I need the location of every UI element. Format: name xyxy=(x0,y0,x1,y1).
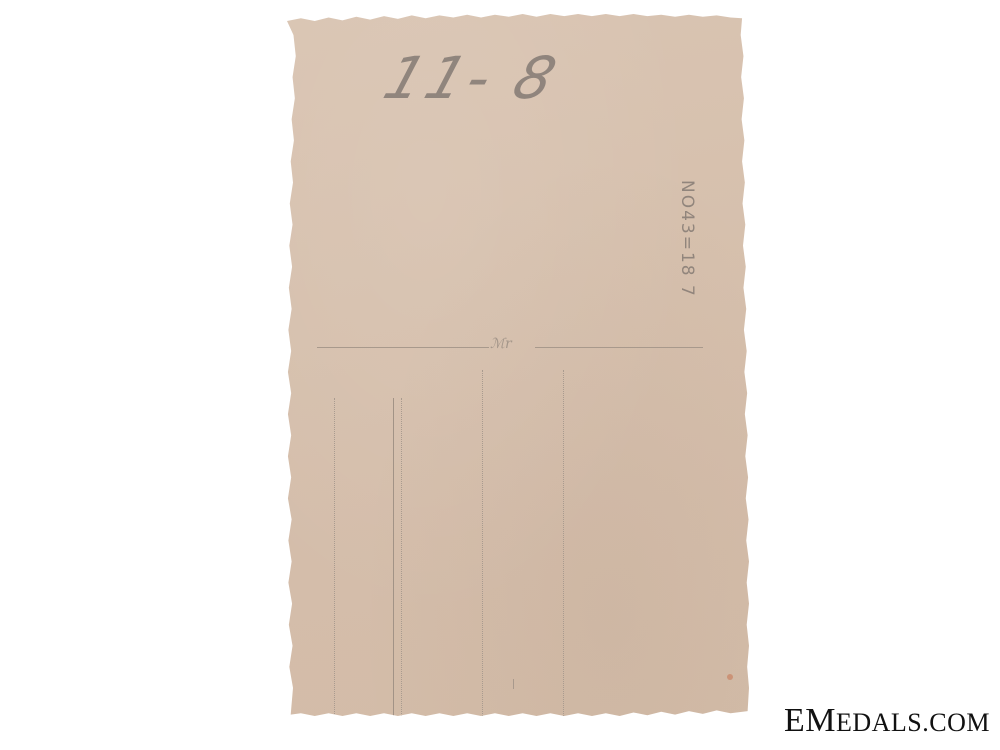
dotted-column-line-3 xyxy=(482,370,483,718)
dotted-column-line-1 xyxy=(334,398,335,718)
divider-line-right xyxy=(535,347,703,348)
watermark-rest: EDALS.COM xyxy=(836,708,990,737)
small-pencil-mark xyxy=(513,679,514,689)
handwritten-number-top: 11- 8 xyxy=(376,44,568,112)
emedals-watermark: EMEDALS.COM xyxy=(784,702,990,740)
dotted-column-line-4 xyxy=(563,370,564,718)
watermark-letter-e: E xyxy=(784,702,805,739)
postcard-back: 11- 8 NO43=18 7 ℳr xyxy=(287,14,749,716)
divider-line-left xyxy=(317,347,489,348)
divider-ornament: ℳr xyxy=(490,336,512,352)
watermark-letter-m: M xyxy=(805,702,836,739)
solid-column-line xyxy=(393,398,394,718)
handwritten-reference-side: NO43=18 7 xyxy=(677,180,697,298)
dotted-column-line-2 xyxy=(401,398,402,718)
paper-texture xyxy=(287,14,749,716)
stain-spot xyxy=(727,674,733,680)
